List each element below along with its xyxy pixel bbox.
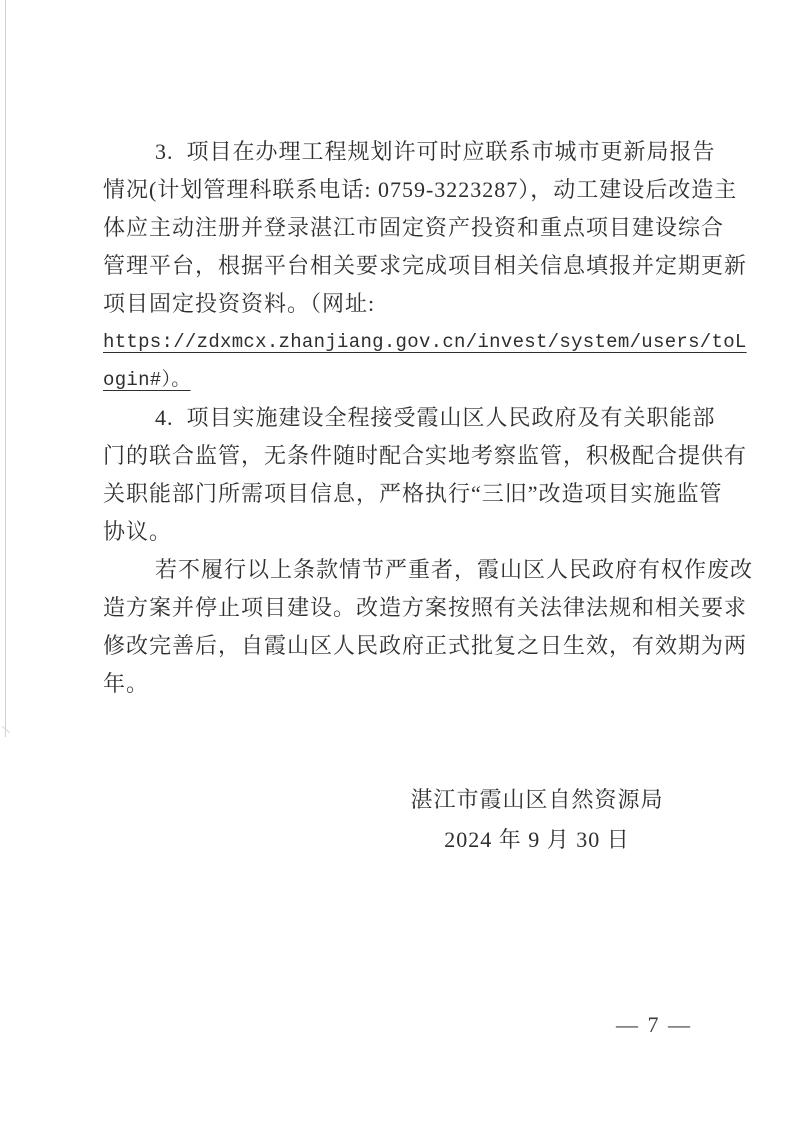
text-line: 关职能部门所需项目信息，严格执行“三旧”改造项目实施监管: [103, 475, 707, 513]
signature-block: 湛江市霞山区自然资源局 2024 年 9 月 30 日: [397, 780, 677, 860]
text-line: 协议。: [103, 513, 707, 551]
text-line: 项目固定投资资料。（网址:: [103, 285, 707, 323]
text-line: 年。: [103, 665, 707, 703]
paragraph-3: 若不履行以上条款情节严重者，霞山区人民政府有权作废改造方案并停止项目建设。改造方…: [103, 551, 707, 703]
signature-date: 2024 年 9 月 30 日: [397, 820, 677, 860]
text-line: 若不履行以上条款情节严重者，霞山区人民政府有权作废改: [103, 551, 707, 589]
text-line: 修改完善后，自霞山区人民政府正式批复之日生效，有效期为两: [103, 627, 707, 665]
document-body: 3. 项目在办理工程规划许可时应联系市城市更新局报告情况(计划管理科联系电话: …: [103, 133, 707, 703]
document-page: 3. 项目在办理工程规划许可时应联系市城市更新局报告情况(计划管理科联系电话: …: [0, 0, 800, 1131]
text-line: 造方案并停止项目建设。改造方案按照有关法律法规和相关要求: [103, 589, 707, 627]
url-line: ogin#）。: [103, 361, 707, 399]
paragraph-1: 3. 项目在办理工程规划许可时应联系市城市更新局报告情况(计划管理科联系电话: …: [103, 133, 707, 399]
signature-org: 湛江市霞山区自然资源局: [397, 780, 677, 820]
text-line: 3. 项目在办理工程规划许可时应联系市城市更新局报告: [103, 133, 707, 171]
text-line: 管理平台，根据平台相关要求完成项目相关信息填报并定期更新: [103, 247, 707, 285]
paragraph-2: 4. 项目实施建设全程接受霞山区人民政府及有关职能部门的联合监管，无条件随时配合…: [103, 399, 707, 551]
text-line: 4. 项目实施建设全程接受霞山区人民政府及有关职能部: [103, 399, 707, 437]
text-line: 体应主动注册并登录湛江市固定资产投资和重点项目建设综合: [103, 209, 707, 247]
page-number: — 7 —: [616, 1007, 692, 1043]
scan-artifact-tick: [2, 726, 10, 733]
paragraphs-container: 3. 项目在办理工程规划许可时应联系市城市更新局报告情况(计划管理科联系电话: …: [103, 133, 707, 703]
url-line: https://zdxmcx.zhanjiang.gov.cn/invest/s…: [103, 323, 707, 361]
text-line: 门的联合监管，无条件随时配合实地考察监管，积极配合提供有: [103, 437, 707, 475]
text-line: 情况(计划管理科联系电话: 0759-3223287），动工建设后改造主: [103, 171, 707, 209]
scan-artifact-line: [5, 0, 6, 737]
